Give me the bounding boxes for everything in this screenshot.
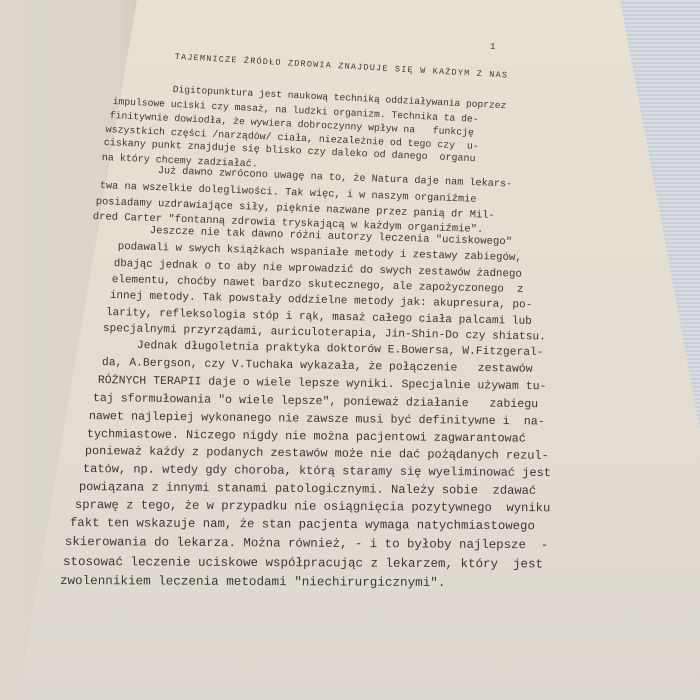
page-number: 1 <box>490 42 496 52</box>
text-line: zwolennikiem leczenia metodami "niechiru… <box>60 574 446 590</box>
text-line: stosować leczenie uciskowe współpracując… <box>63 555 543 572</box>
